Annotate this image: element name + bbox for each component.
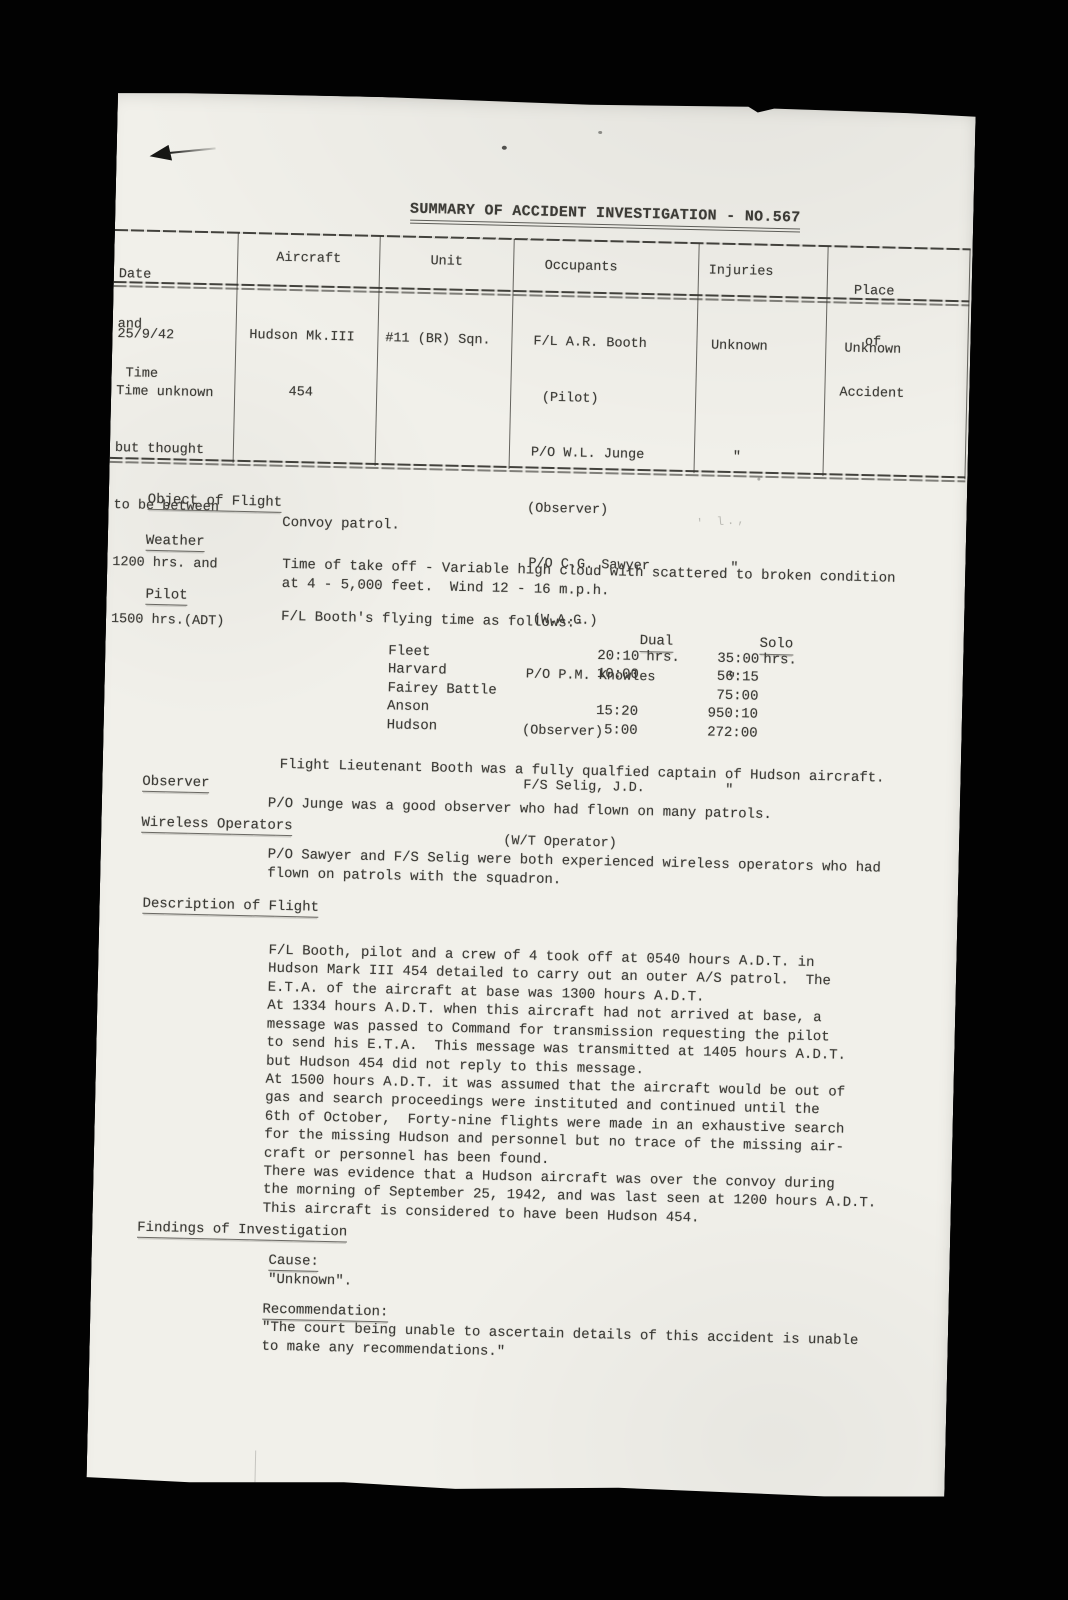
header-place-of-accident: Place of Accident <box>827 246 970 301</box>
cell-place-of-accident: Unknown <box>823 298 969 479</box>
header-occupants: Occupants <box>514 239 700 295</box>
cell-unit: #11 (BR) Sqn. <box>376 288 514 469</box>
object-of-flight-text: Convoy patrol. <box>282 514 400 536</box>
section-heading-wireless-operators: Wireless Operators <box>141 815 293 836</box>
section-heading-weather: Weather <box>146 533 205 552</box>
section-heading-object-of-flight: Object of Flight <box>148 492 283 513</box>
cause-text: "Unknown". <box>268 1271 352 1292</box>
cell-injuries: Unknown " " " " <box>694 295 827 476</box>
header-date-time: Date and Time <box>114 230 239 285</box>
ink-arrow-tail <box>169 147 216 154</box>
cause-label: Cause: <box>268 1253 319 1272</box>
document-page: ' l., SUMMARY OF ACCIDENT INVESTIGATION … <box>86 91 975 1502</box>
cell-date-time: 25/9/42 Time unknown but thought to be b… <box>110 282 238 463</box>
paper-crease <box>254 1450 256 1486</box>
header-injuries: Injuries <box>699 243 829 298</box>
section-heading-description-of-flight: Description of Flight <box>142 896 319 918</box>
scanned-document-view: { "scan": { "background_color": "#020202… <box>0 0 1068 1600</box>
header-aircraft: Aircraft <box>238 233 381 288</box>
cell-aircraft: Hudson Mk.III 454 <box>234 285 380 466</box>
accident-summary-table: Date and Time Aircraft Unit Occupants In… <box>110 230 971 479</box>
document-title: SUMMARY OF ACCIDENT INVESTIGATION - NO.5… <box>410 201 801 233</box>
section-heading-observer: Observer <box>142 774 210 794</box>
ink-arrow-mark <box>148 145 172 165</box>
section-heading-pilot: Pilot <box>145 587 187 606</box>
scan-speck <box>502 146 507 150</box>
scan-speck <box>598 131 602 134</box>
table-data-row: 25/9/42 Time unknown but thought to be b… <box>110 282 970 479</box>
section-heading-findings: Findings of Investigation <box>137 1220 347 1243</box>
header-unit: Unit <box>380 236 515 291</box>
cell-occupants: F/L A.R. Booth (Pilot) P/O W.L. Junge (O… <box>510 291 699 473</box>
